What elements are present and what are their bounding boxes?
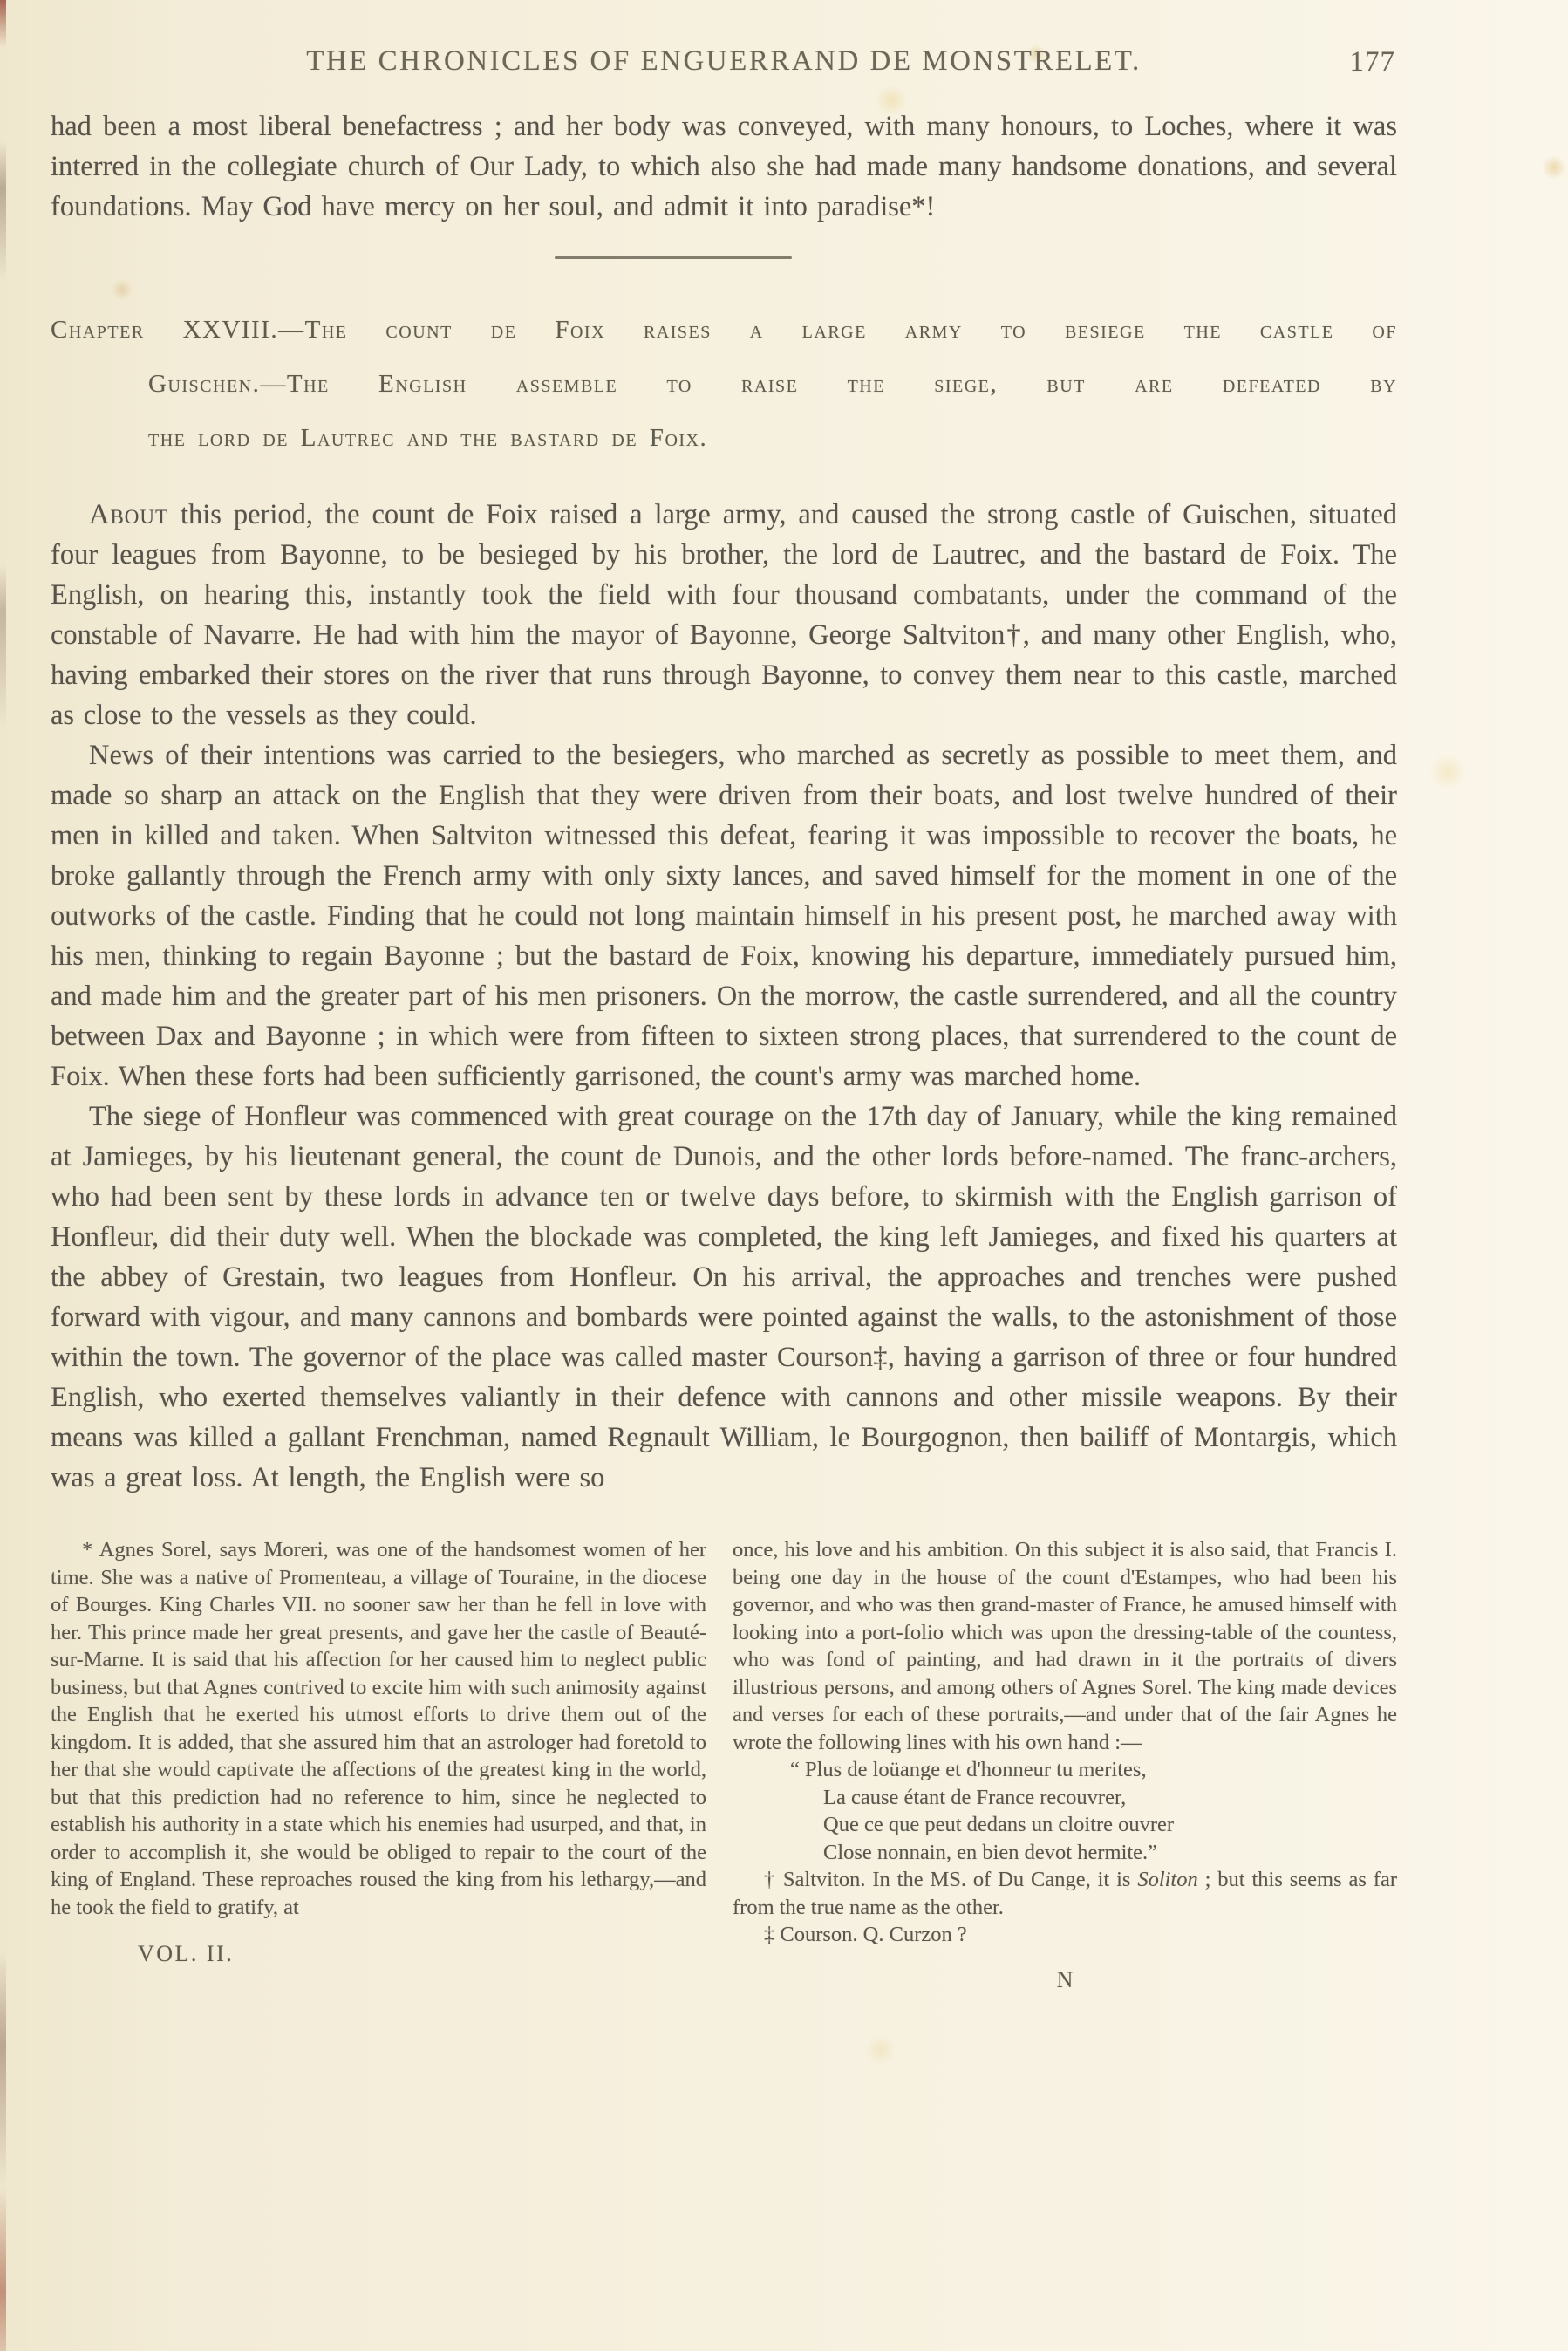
- verse-line: “ Plus de loüange et d'honneur tu merite…: [790, 1756, 1397, 1784]
- chapter-heading: Chapter XXVIII.—The count de Foix raises…: [51, 303, 1397, 465]
- footnotes-section: * Agnes Sorel, says Moreri, was one of t…: [51, 1536, 1397, 1993]
- page-title: THE CHRONICLES OF ENGUERRAND DE MONSTREL…: [306, 45, 1142, 77]
- running-header: THE CHRONICLES OF ENGUERRAND DE MONSTREL…: [51, 44, 1397, 79]
- paragraph-siege-honfleur: The siege of Honfleur was commenced with…: [51, 1097, 1397, 1498]
- footnote-courson: ‡ Courson. Q. Curzon ?: [733, 1921, 1397, 1949]
- footnote-agnes-sorel-continued: once, his love and his ambition. On this…: [733, 1536, 1397, 1756]
- footnote-column-right: once, his love and his ambition. On this…: [733, 1536, 1397, 1993]
- footnote-saltviton-prefix: † Saltviton. In the MS. of Du Cange, it …: [764, 1868, 1137, 1891]
- verse-line: Close nonnain, en bien devot hermite.”: [823, 1839, 1397, 1867]
- chapter-heading-line-2: Guischen.—The English assemble to raise …: [51, 357, 1397, 411]
- intro-paragraph: had been a most liberal benefactress ; a…: [51, 106, 1397, 227]
- chapter-heading-line-3: the lord de Lautrec and the bastard de F…: [51, 411, 1397, 465]
- footnote-agnes-sorel: * Agnes Sorel, says Moreri, was one of t…: [51, 1536, 706, 1921]
- signature-mark: N: [733, 1966, 1397, 1994]
- paragraph-news-besiegers: News of their intentions was carried to …: [51, 735, 1397, 1097]
- verse-line: La cause étant de France recouvrer,: [823, 1784, 1397, 1812]
- footnote-saltviton-italic: Soliton: [1137, 1868, 1197, 1891]
- chapter-body: About this period, the count de Foix rai…: [51, 495, 1397, 1498]
- scanned-book-page: THE CHRONICLES OF ENGUERRAND DE MONSTREL…: [0, 0, 1568, 2351]
- paragraph-lead-word: About: [89, 499, 168, 530]
- paragraph-foix-army-text: this period, the count de Foix raised a …: [51, 499, 1397, 731]
- paragraph-foix-army: About this period, the count de Foix rai…: [51, 495, 1397, 735]
- verse-block: “ Plus de loüange et d'honneur tu merite…: [733, 1756, 1397, 1866]
- section-divider: [555, 256, 792, 259]
- footnote-column-left: * Agnes Sorel, says Moreri, was one of t…: [51, 1536, 706, 1993]
- chapter-heading-line-1: Chapter XXVIII.—The count de Foix raises…: [51, 303, 1397, 357]
- footnote-saltviton: † Saltviton. In the MS. of Du Cange, it …: [733, 1866, 1397, 1921]
- volume-label: VOL. II.: [138, 1940, 706, 1968]
- verse-line: Que ce que peut dedans un cloitre ouvrer: [823, 1811, 1397, 1839]
- page-number: 177: [1350, 44, 1396, 79]
